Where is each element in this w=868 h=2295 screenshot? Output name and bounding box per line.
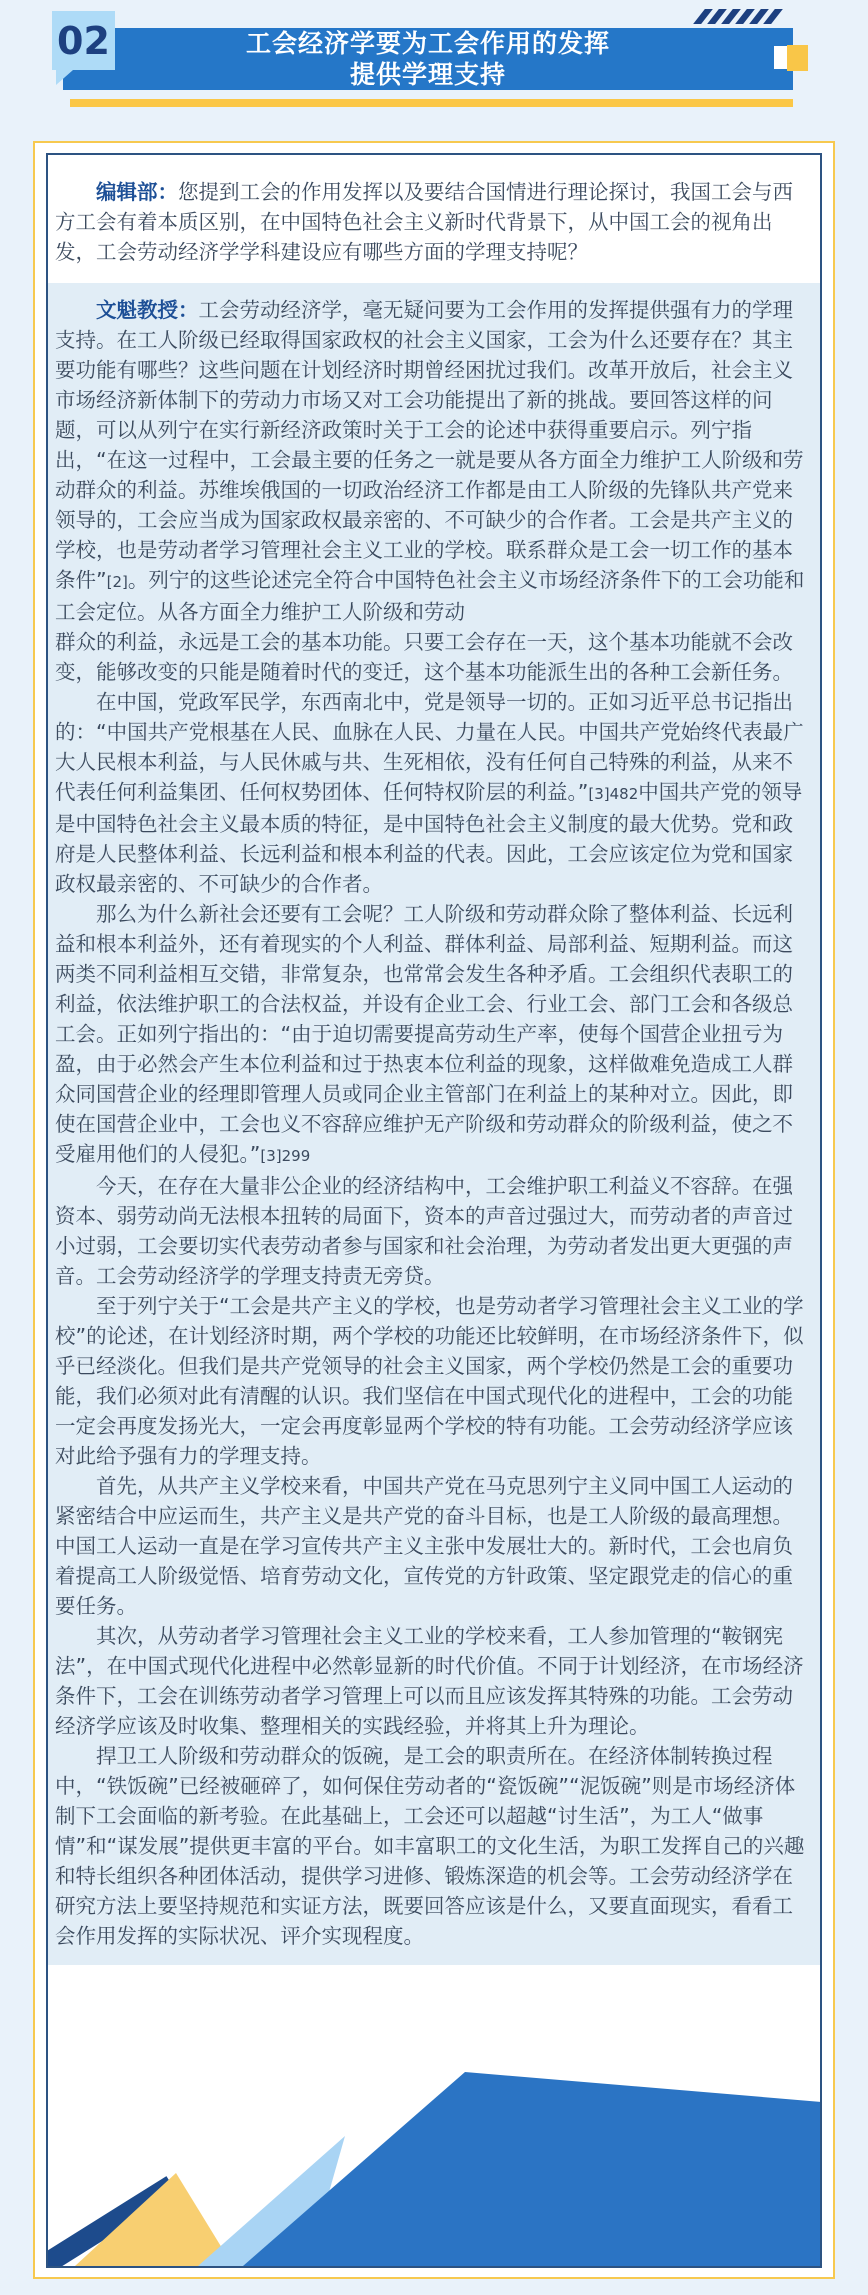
citation-marker: [3]299	[260, 1147, 310, 1165]
answer-paragraph: 群众的利益，永远是工会的基本功能。只要工会存在一天，这个基本功能就不会改变，能够…	[55, 627, 813, 687]
yellow-triangle-icon	[75, 2173, 233, 2266]
speaker-label: 文魁教授：	[96, 298, 199, 322]
answer-paragraphs: 文魁教授：工会劳动经济学，毫无疑问要为工会作用的发挥提供强有力的学理支持。在工人…	[55, 295, 813, 1951]
citation-marker: [3]482	[588, 785, 638, 803]
citation-marker: [2]	[107, 573, 128, 591]
answer-paragraph: 捍卫工人阶级和劳动群众的饭碗，是工会的职责所在。在经济体制转换过程中，“铁饭碗”…	[55, 1741, 813, 1951]
section-number-badge: 02	[52, 11, 115, 70]
lightblue-triangle-icon	[198, 2136, 345, 2266]
answer-box: 文魁教授：工会劳动经济学，毫无疑问要为工会作用的发挥提供强有力的学理支持。在工人…	[48, 283, 820, 1965]
question-paragraph: 编辑部：您提到工会的作用发挥以及要结合国情进行理论探讨，我国工会与西方工会有着本…	[55, 177, 813, 267]
decor-slashes-icon	[699, 9, 777, 24]
answer-paragraph: 今天，在存在大量非公企业的经济结构中，工会维护职工利益义不容辞。在强资本、弱劳动…	[55, 1171, 813, 1291]
answer-paragraph: 在中国，党政军民学，东西南北中，党是领导一切的。正如习近平总书记指出的：“中国共…	[55, 687, 813, 899]
navy-stripe-icon	[48, 2185, 172, 2266]
article-card: 编辑部：您提到工会的作用发挥以及要结合国情进行理论探讨，我国工会与西方工会有着本…	[46, 153, 822, 2268]
answer-paragraph: 那么为什么新社会还要有工会呢？工人阶级和劳动群众除了整体利益、长远利益和根本利益…	[55, 899, 813, 1171]
answer-paragraph: 文魁教授：工会劳动经济学，毫无疑问要为工会作用的发挥提供强有力的学理支持。在工人…	[55, 295, 813, 627]
banner-underline	[70, 99, 793, 107]
section-title-banner: 工会经济学要为工会作用的发挥 提供学理支持	[63, 28, 793, 90]
decor-yellow-square	[787, 45, 808, 71]
editor-label: 编辑部：	[96, 180, 178, 204]
section-title-line1: 工会经济学要为工会作用的发挥	[63, 28, 793, 59]
mountain-decoration	[48, 2066, 820, 2266]
answer-paragraph: 首先，从共产主义学校来看，中国共产党在马克思列宁主义同中国工人运动的紧密结合中应…	[55, 1471, 813, 1621]
answer-paragraph: 其次，从劳动者学习管理社会主义工业的学校来看，工人参加管理的“鞍钢宪法”，在中国…	[55, 1621, 813, 1741]
blue-triangle-icon	[243, 2072, 820, 2266]
answer-paragraph: 至于列宁关于“工会是共产主义的学校，也是劳动者学习管理社会主义工业的学校”的论述…	[55, 1291, 813, 1471]
section-title-line2: 提供学理支持	[63, 59, 793, 90]
badge-tail-icon	[56, 70, 73, 85]
